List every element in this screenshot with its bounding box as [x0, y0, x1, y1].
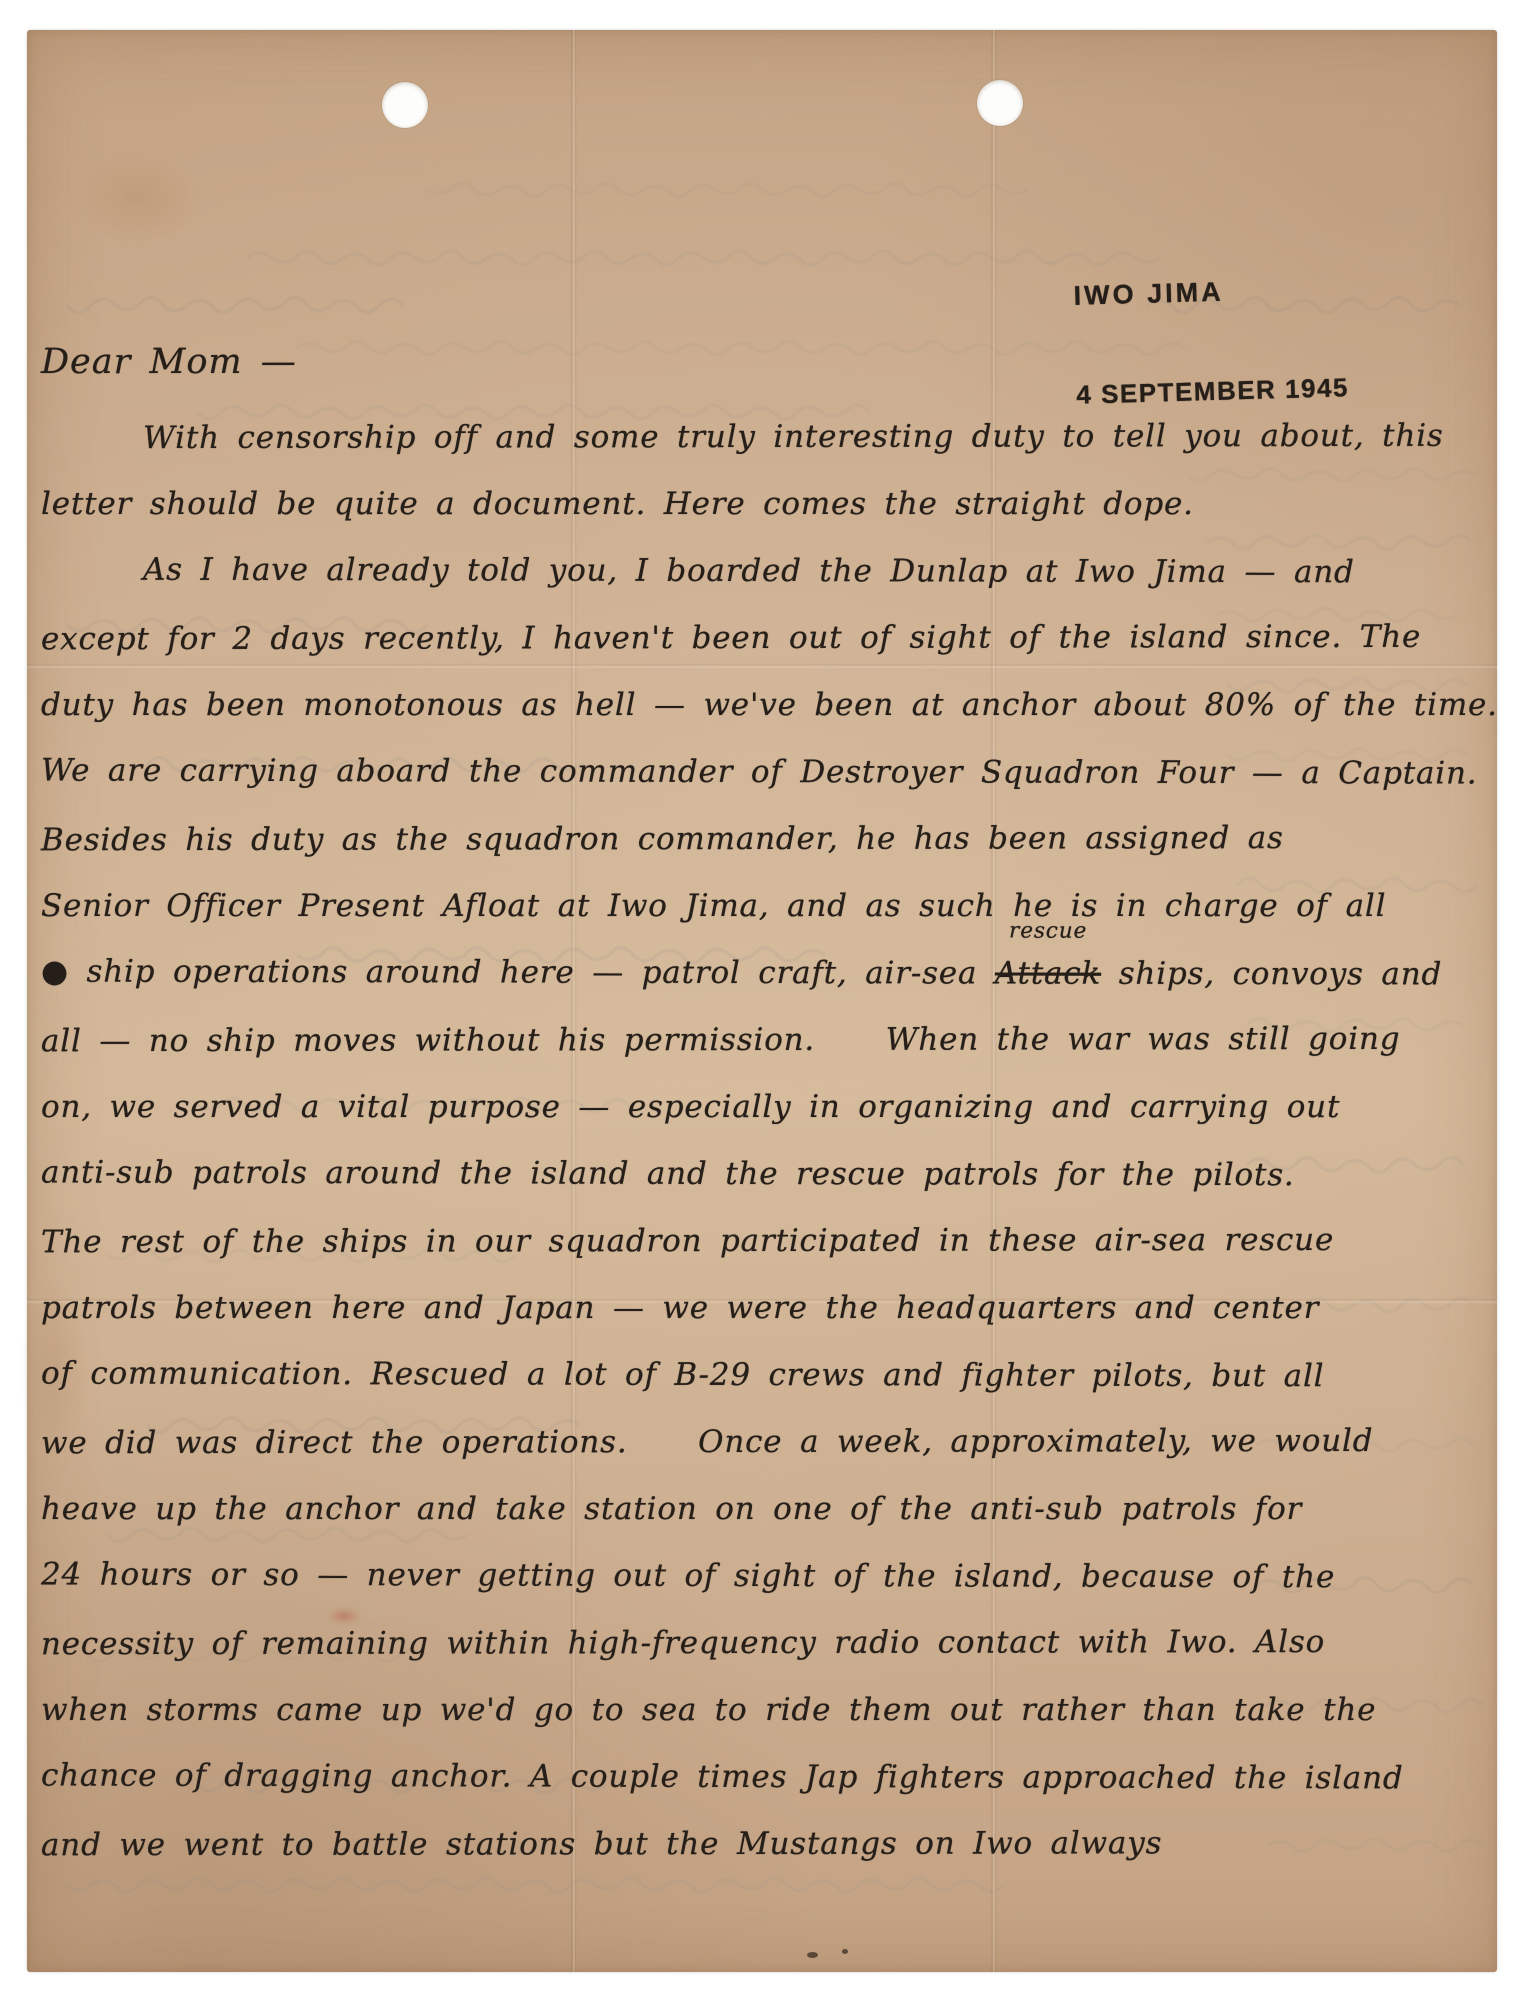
line-text: ● ship operations around here — patrol c…	[41, 954, 995, 992]
letter-content: Dear Mom — With censorship off and some …	[27, 30, 1497, 1972]
letter-line: on, we served a vital purpose — especial…	[41, 1074, 1469, 1141]
line-text: ships, convoys and	[1101, 956, 1442, 993]
letter-line: we did was direct the operations. Once a…	[41, 1408, 1469, 1477]
letter-line: when storms came up we'd go to sea to ri…	[41, 1677, 1469, 1744]
letter-line: all — no ship moves without his permissi…	[41, 1006, 1469, 1075]
letter-line: The rest of the ships in our squadron pa…	[41, 1207, 1469, 1276]
letter-line: With censorship off and some truly inter…	[41, 403, 1469, 472]
salutation: Dear Mom —	[41, 330, 1469, 394]
paper-sheet: IWO JIMA 4 SEPTEMBER 1945 Dear Mom — Wit…	[27, 30, 1497, 1972]
letter-line: patrols between here and Japan — we were…	[41, 1275, 1469, 1342]
letter-line: 24 hours or so — never getting out of si…	[41, 1542, 1469, 1612]
struck-out-word: Attack	[995, 956, 1101, 992]
letter-line: duty has been monotonous as hell — we've…	[41, 672, 1469, 739]
letter-line: of communication. Rescued a lot of B-29 …	[41, 1341, 1469, 1411]
letter-line: heave up the anchor and take station on …	[41, 1476, 1469, 1543]
letter-line: As I have already told you, I boarded th…	[41, 537, 1469, 607]
letter-line: Besides his duty as the squadron command…	[41, 805, 1469, 874]
letter-line: letter should be quite a document. Here …	[41, 471, 1469, 538]
letter-line: anti-sub patrols around the island and t…	[41, 1140, 1469, 1210]
letter-line: necessity of remaining within high-frequ…	[41, 1609, 1469, 1678]
letter-line: We are carrying aboard the commander of …	[41, 738, 1469, 808]
letter-line: and we went to battle stations but the M…	[41, 1810, 1469, 1879]
letter-line: except for 2 days recently, I haven't be…	[41, 604, 1469, 673]
letter-line: Senior Officer Present Afloat at Iwo Jim…	[41, 873, 1469, 940]
letter-line: chance of dragging anchor. A couple time…	[41, 1743, 1469, 1813]
letter-line: ● ship operations around here — patrol c…	[41, 939, 1469, 1009]
inserted-word: rescue	[1009, 921, 1087, 943]
letter-body: With censorship off and some truly inter…	[41, 404, 1469, 1878]
handwritten-correction: rescueAttack	[995, 941, 1101, 1008]
